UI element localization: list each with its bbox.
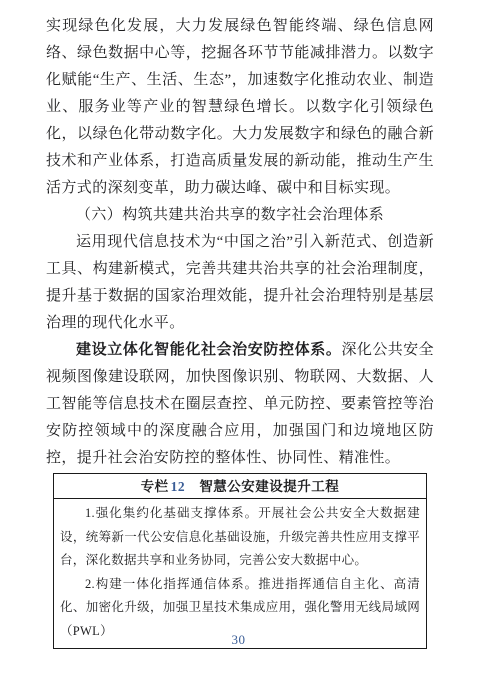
- feature-box-title-text: 智慧公安建设提升工程: [199, 479, 339, 494]
- paragraph-security: 建设立体化智能化社会治安防控体系。深化公共安全视频图像建设联网，加快图像识别、物…: [46, 337, 434, 472]
- paragraph-governance: 运用现代信息技术为“中国之治”引入新范式、创造新工具、构建新模式，完善共建共治共…: [46, 229, 434, 337]
- feature-box-title: 专栏12智慧公安建设提升工程: [54, 474, 426, 499]
- page-number: 30: [0, 632, 477, 648]
- document-page: 实现绿色化发展，大力发展绿色智能终端、绿色信息网络、绿色数据中心等，挖掘各环节节…: [0, 0, 477, 676]
- section-heading-six: （六）构筑共建共治共享的数字社会治理体系: [46, 202, 434, 229]
- paragraph-security-bold-lead: 建设立体化智能化社会治安防控体系。: [76, 342, 342, 358]
- feature-box-title-prefix: 专栏: [141, 479, 169, 494]
- feature-box-title-number: 12: [171, 479, 186, 494]
- paragraph-security-rest: 深化公共安全视频图像建设联网，加快图像识别、物联网、大数据、人工智能等信息技术在…: [46, 342, 434, 466]
- feature-box-body: 1.强化集约化基础支撑体系。开展社会公共安全大数据建设，统筹新一代公安信息化基础…: [54, 499, 426, 648]
- feature-box-item-1: 1.强化集约化基础支撑体系。开展社会公共安全大数据建设，统筹新一代公安信息化基础…: [60, 502, 420, 573]
- paragraph-green-digital-continuation: 实现绿色化发展，大力发展绿色智能终端、绿色信息网络、绿色数据中心等，挖掘各环节节…: [46, 13, 434, 202]
- feature-box-column-12: 专栏12智慧公安建设提升工程 1.强化集约化基础支撑体系。开展社会公共安全大数据…: [53, 473, 427, 649]
